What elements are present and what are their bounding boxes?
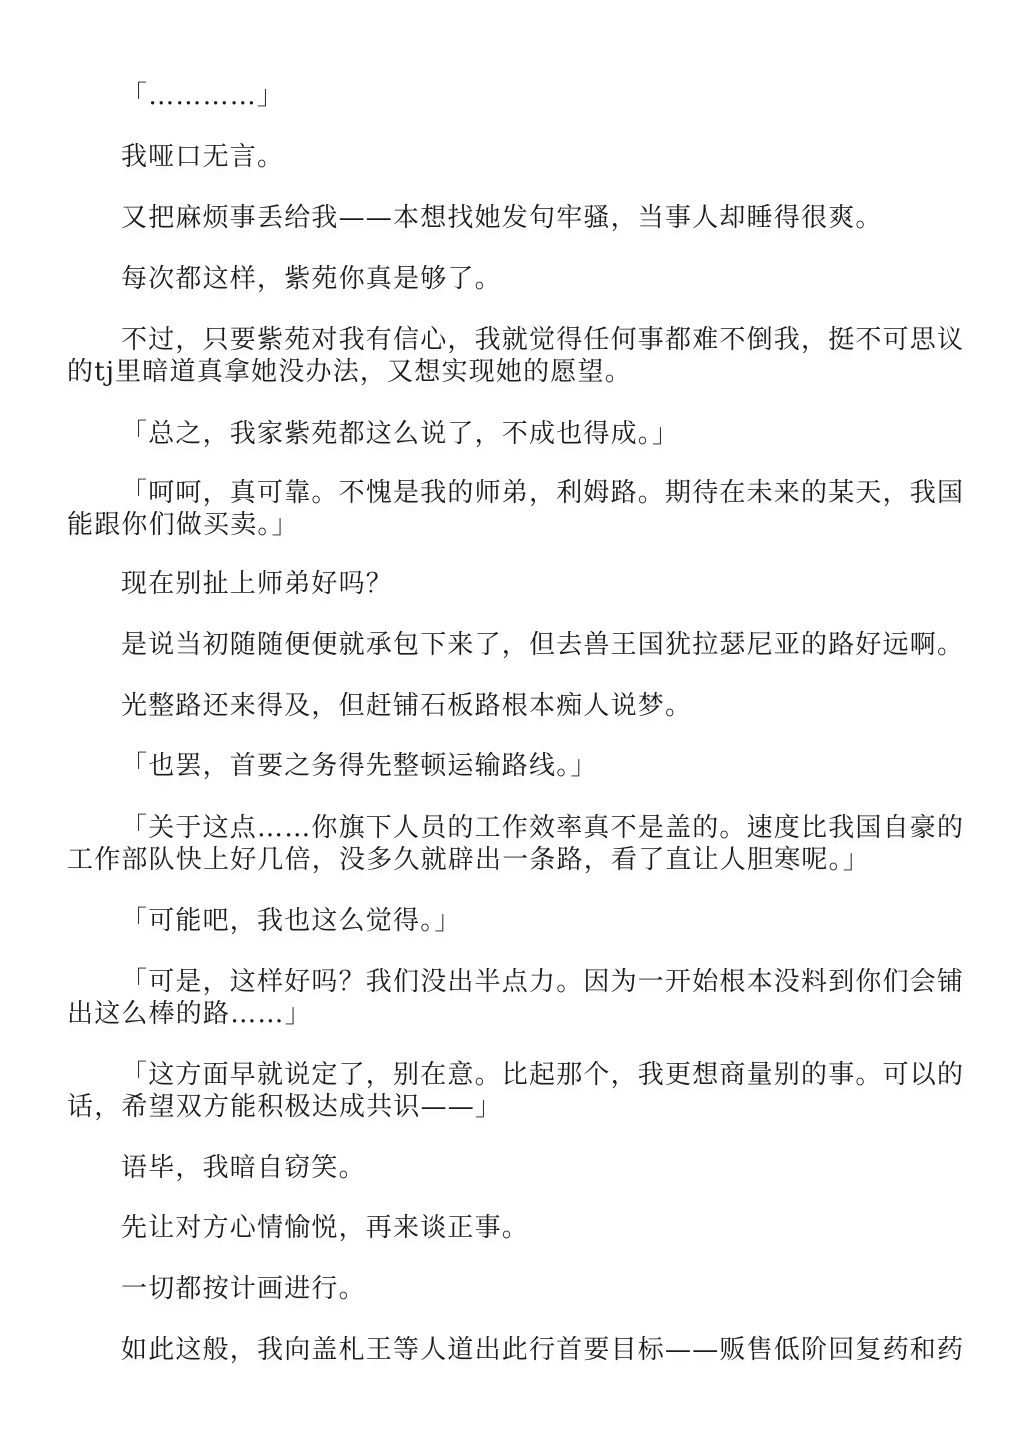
text-line: 「可是，这样好吗？我们没出半点力。因为一开始根本没料到你们会铺 — [67, 966, 947, 998]
text-line: 语毕，我暗自窃笑。 — [67, 1152, 947, 1184]
paragraph: 如此这般，我向盖札王等人道出此行首要目标——贩售低阶回复药和药 — [67, 1334, 947, 1366]
text-line: 工作部队快上好几倍，没多久就辟出一条路，看了直让人胆寒呢。」 — [67, 844, 947, 876]
paragraph: 「总之，我家紫苑都这么说了，不成也得成。」 — [67, 418, 947, 450]
text-line: 「也罢，首要之务得先整顿运输路线。」 — [67, 750, 947, 782]
paragraph: 「这方面早就说定了，别在意。比起那个，我更想商量别的事。可以的话，希望双方能积极… — [67, 1059, 947, 1123]
text-line: 不过，只要紫苑对我有信心，我就觉得任何事都难不倒我，挺不可思议 — [67, 324, 947, 356]
paragraph: 不过，只要紫苑对我有信心，我就觉得任何事都难不倒我，挺不可思议的tj里暗道真拿她… — [67, 324, 947, 388]
paragraph: 是说当初随随便便就承包下来了，但去兽王国犹拉瑟尼亚的路好远啊。 — [67, 629, 947, 661]
text-line: 「这方面早就说定了，别在意。比起那个，我更想商量别的事。可以的 — [67, 1059, 947, 1091]
text-line: 我哑口无言。 — [67, 141, 947, 173]
text-line: 光整路还来得及，但赶铺石板路根本痴人说梦。 — [67, 690, 947, 722]
text-line: 先让对方心情愉悦，再来谈正事。 — [67, 1212, 947, 1244]
text-line: 「可能吧，我也这么觉得。」 — [67, 905, 947, 937]
text-line: 能跟你们做买卖。」 — [67, 509, 947, 541]
paragraph: 「…………」 — [67, 80, 947, 112]
paragraph: 「可能吧，我也这么觉得。」 — [67, 905, 947, 937]
text-line: 出这么棒的路……」 — [67, 998, 947, 1030]
text-line: 又把麻烦事丢给我——本想找她发句牢骚，当事人却睡得很爽。 — [67, 202, 947, 234]
text-line: 「总之，我家紫苑都这么说了，不成也得成。」 — [67, 418, 947, 450]
paragraph: 「也罢，首要之务得先整顿运输路线。」 — [67, 750, 947, 782]
paragraph: 我哑口无言。 — [67, 141, 947, 173]
paragraph: 每次都这样，紫苑你真是够了。 — [67, 263, 947, 295]
paragraph: 「可是，这样好吗？我们没出半点力。因为一开始根本没料到你们会铺出这么棒的路……」 — [67, 966, 947, 1030]
text-line: 一切都按计画进行。 — [67, 1273, 947, 1305]
text-line: 如此这般，我向盖札王等人道出此行首要目标——贩售低阶回复药和药 — [67, 1334, 947, 1366]
text-line: 话，希望双方能积极达成共识——」 — [67, 1091, 947, 1123]
paragraph: 「呵呵，真可靠。不愧是我的师弟，利姆路。期待在未来的某天，我国能跟你们做买卖。」 — [67, 477, 947, 541]
paragraph: 「关于这点……你旗下人员的工作效率真不是盖的。速度比我国自豪的工作部队快上好几倍… — [67, 812, 947, 876]
paragraph: 现在别扯上师弟好吗？ — [67, 568, 947, 600]
text-line: 「…………」 — [67, 80, 947, 112]
document-page: 「…………」我哑口无言。又把麻烦事丢给我——本想找她发句牢骚，当事人却睡得很爽。… — [0, 0, 1017, 1437]
text-line: 是说当初随随便便就承包下来了，但去兽王国犹拉瑟尼亚的路好远啊。 — [67, 629, 947, 661]
text-line: 「呵呵，真可靠。不愧是我的师弟，利姆路。期待在未来的某天，我国 — [67, 477, 947, 509]
text-line: 每次都这样，紫苑你真是够了。 — [67, 263, 947, 295]
text-line: 「关于这点……你旗下人员的工作效率真不是盖的。速度比我国自豪的 — [67, 812, 947, 844]
paragraph: 光整路还来得及，但赶铺石板路根本痴人说梦。 — [67, 690, 947, 722]
text-line: 现在别扯上师弟好吗？ — [67, 568, 947, 600]
paragraph: 先让对方心情愉悦，再来谈正事。 — [67, 1212, 947, 1244]
text-line: 的tj里暗道真拿她没办法，又想实现她的愿望。 — [67, 356, 947, 388]
paragraph: 语毕，我暗自窃笑。 — [67, 1152, 947, 1184]
paragraph: 又把麻烦事丢给我——本想找她发句牢骚，当事人却睡得很爽。 — [67, 202, 947, 234]
paragraph: 一切都按计画进行。 — [67, 1273, 947, 1305]
